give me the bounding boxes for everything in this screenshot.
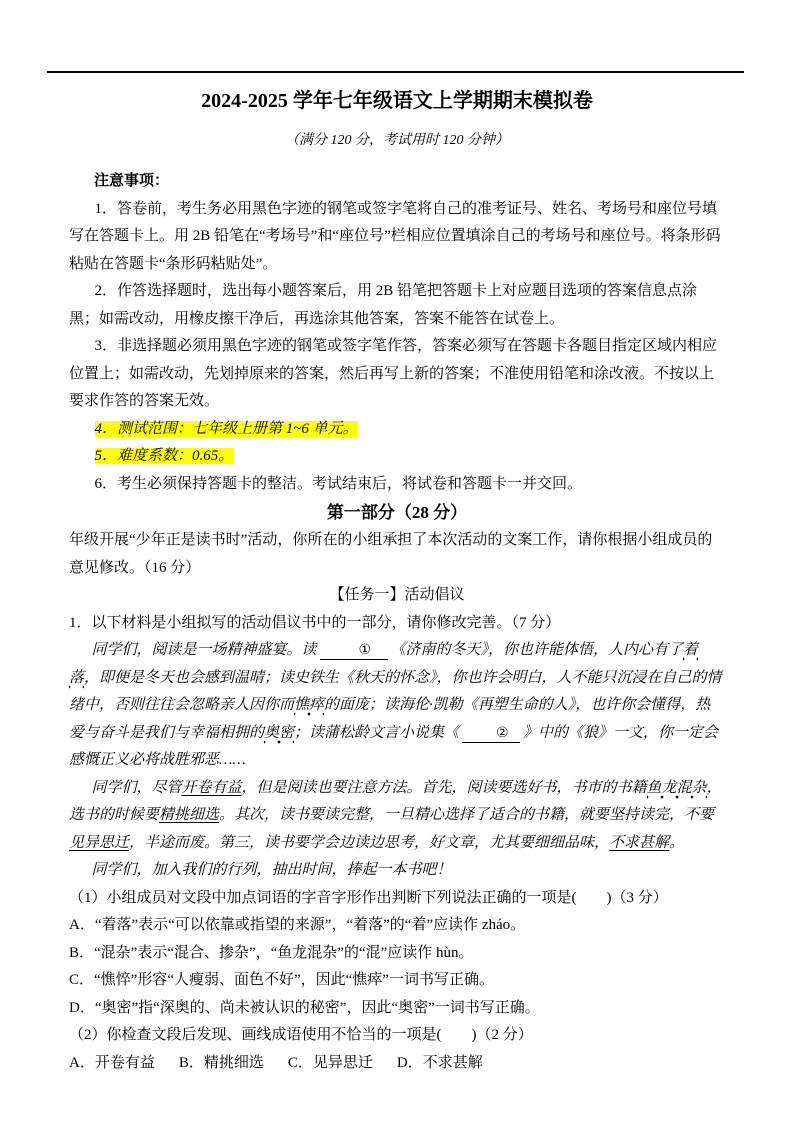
q1-option-a: A．“着落”表示“可以依靠或指望的来源”，“着落”的“着”应读作 zháo。 bbox=[69, 912, 725, 940]
underlined-idiom-2: 精挑细选 bbox=[159, 807, 219, 823]
text-run: 同学们，尽管 bbox=[92, 780, 182, 796]
q2-options-row: A．开卷有益B．精挑细选C．见异思迁D．不求甚解 bbox=[69, 1050, 725, 1078]
circled-number-1: ① bbox=[358, 642, 371, 658]
passage-paragraph-3: 同学们，加入我们的行列，抽出时间，捧起一本书吧！ bbox=[69, 857, 725, 885]
question-1-stem: 1．以下材料是小组拟写的活动倡议书中的一部分，请你修改完善。（7 分） bbox=[69, 610, 725, 638]
notice-item-text: 1．答卷前，考生务必用黑色字迹的钢笔或签字笔将自己的准考证号、姓名、考场号和座位… bbox=[69, 201, 721, 272]
underlined-idiom-3: 见异思迁 bbox=[69, 835, 129, 851]
text-run: ，半途而废。第三，读书要学会边读边思考，好文章，尤其要细细品味， bbox=[129, 835, 609, 851]
passage-paragraph-2: 同学们，尽管开卷有益，但是阅读也要注意方法。首先，阅读要选好书，书市的书籍鱼龙混… bbox=[69, 775, 725, 858]
q2-option-b: B．精挑细选 bbox=[179, 1055, 264, 1071]
circled-number-2: ② bbox=[496, 725, 509, 741]
dotted-word-yulonghunza: 鱼龙混杂 bbox=[647, 780, 707, 799]
text-run: 同学们，阅读是一场精神盛宴。读 bbox=[92, 642, 317, 658]
notice-item-6: 6．考生必须保持答题卡的整洁。考试结束后，将试卷和答题卡一并交回。 bbox=[69, 471, 725, 499]
blank-slot-2: ② bbox=[462, 724, 520, 743]
page-title: 2024-2025 学年七年级语文上学期期末模拟卷 bbox=[69, 86, 725, 116]
task-1-heading: 【任务一】活动倡议 bbox=[69, 582, 725, 610]
dotted-word-aomi: 奥密 bbox=[264, 725, 294, 744]
text-run: 。 bbox=[669, 835, 684, 851]
notice-item-5: 5．难度系数：0.65。 bbox=[69, 443, 725, 471]
q2-option-c: C．见异思迁 bbox=[288, 1055, 373, 1071]
text-run: ；读蒲松龄文言小说集《 bbox=[294, 725, 459, 741]
highlighted-difficulty: 5．难度系数：0.65。 bbox=[95, 448, 234, 464]
notice-item-4: 4．测试范围：七年级上册第 1~6 单元。 bbox=[69, 416, 725, 444]
q1-option-c: C．“憔悴”形容“人瘦弱、面色不好”，因此“憔瘁”一词书写正确。 bbox=[69, 967, 725, 995]
underlined-idiom-1: 开卷有益 bbox=[182, 780, 242, 796]
notice-heading: 注意事项： bbox=[94, 168, 725, 196]
q2-option-a: A．开卷有益 bbox=[69, 1055, 155, 1071]
section-1-heading: 第一部分（28 分） bbox=[69, 499, 725, 527]
q1-option-b: B．“混杂”表示“混合、掺杂”，“鱼龙混杂”的“混”应读作 hùn。 bbox=[69, 940, 725, 968]
underlined-idiom-4: 不求甚解 bbox=[609, 835, 669, 851]
notice-item-1: 1．答卷前，考生务必用黑色字迹的钢笔或签字笔将自己的准考证号、姓名、考场号和座位… bbox=[69, 196, 725, 279]
passage-paragraph-1: 同学们，阅读是一场精神盛宴。读①《济南的冬天》，你也许能体悟，人内心有了着落，即… bbox=[69, 637, 725, 775]
sub-question-2-stem: （2）你检查文段后发现、画线成语使用不恰当的一项是( )（2 分） bbox=[69, 1022, 725, 1050]
sub-question-1-stem: （1）小组成员对文段中加点词语的字音字形作出判断下列说法正确的一项是( )（3 … bbox=[69, 885, 725, 913]
highlighted-test-scope: 4．测试范围：七年级上册第 1~6 单元。 bbox=[95, 421, 358, 437]
text-run: 《济南的冬天》，你也许能体悟，人内心有了 bbox=[391, 642, 684, 658]
notice-item-text: 3．非选择题必须用黑色字迹的钢笔或签字笔作答，答案必须写在答题卡各题目指定区域内… bbox=[69, 338, 717, 409]
q2-option-d: D．不求甚解 bbox=[397, 1055, 483, 1071]
text-run: 。其次，读书要读完整，一旦精心选择了适合的书籍，就要坚持读完，不要 bbox=[219, 807, 714, 823]
notice-item-2: 2．作答选择题时，选出每小题答案后，用 2B 铅笔把答题卡上对应题目选项的答案信… bbox=[69, 278, 725, 333]
dotted-word-qiaocui: 憔瘁 bbox=[294, 697, 324, 716]
blank-slot-1: ① bbox=[320, 641, 388, 660]
section-intro: 年级开展“少年正是读书时”活动，你所在的小组承担了本次活动的文案工作，请你根据小… bbox=[69, 527, 725, 582]
notice-item-3: 3．非选择题必须用黑色字迹的钢笔或签字笔作答，答案必须写在答题卡各题目指定区域内… bbox=[69, 333, 725, 416]
text-run: ，但是阅读也要注意方法。首先，阅读要选好书，书市的书籍 bbox=[242, 780, 647, 796]
exam-subtitle: （满分 120 分，考试用时 120 分钟） bbox=[69, 130, 725, 152]
notice-item-text: 2．作答选择题时，选出每小题答案后，用 2B 铅笔把答题卡上对应题目选项的答案信… bbox=[69, 283, 697, 327]
page-content: 2024-2025 学年七年级语文上学期期末模拟卷 （满分 120 分，考试用时… bbox=[69, 80, 725, 1077]
q1-option-d: D．“奥密”指“深奥的、尚未被认识的秘密”，因此“奥密”一词书写正确。 bbox=[69, 995, 725, 1023]
notice-item-text: 6．考生必须保持答题卡的整洁。考试结束后，将试卷和答题卡一并交回。 bbox=[95, 476, 583, 492]
exam-paper-page: 2024-2025 学年七年级语文上学期期末模拟卷 （满分 120 分，考试用时… bbox=[0, 0, 793, 1122]
header-rule bbox=[47, 71, 744, 73]
